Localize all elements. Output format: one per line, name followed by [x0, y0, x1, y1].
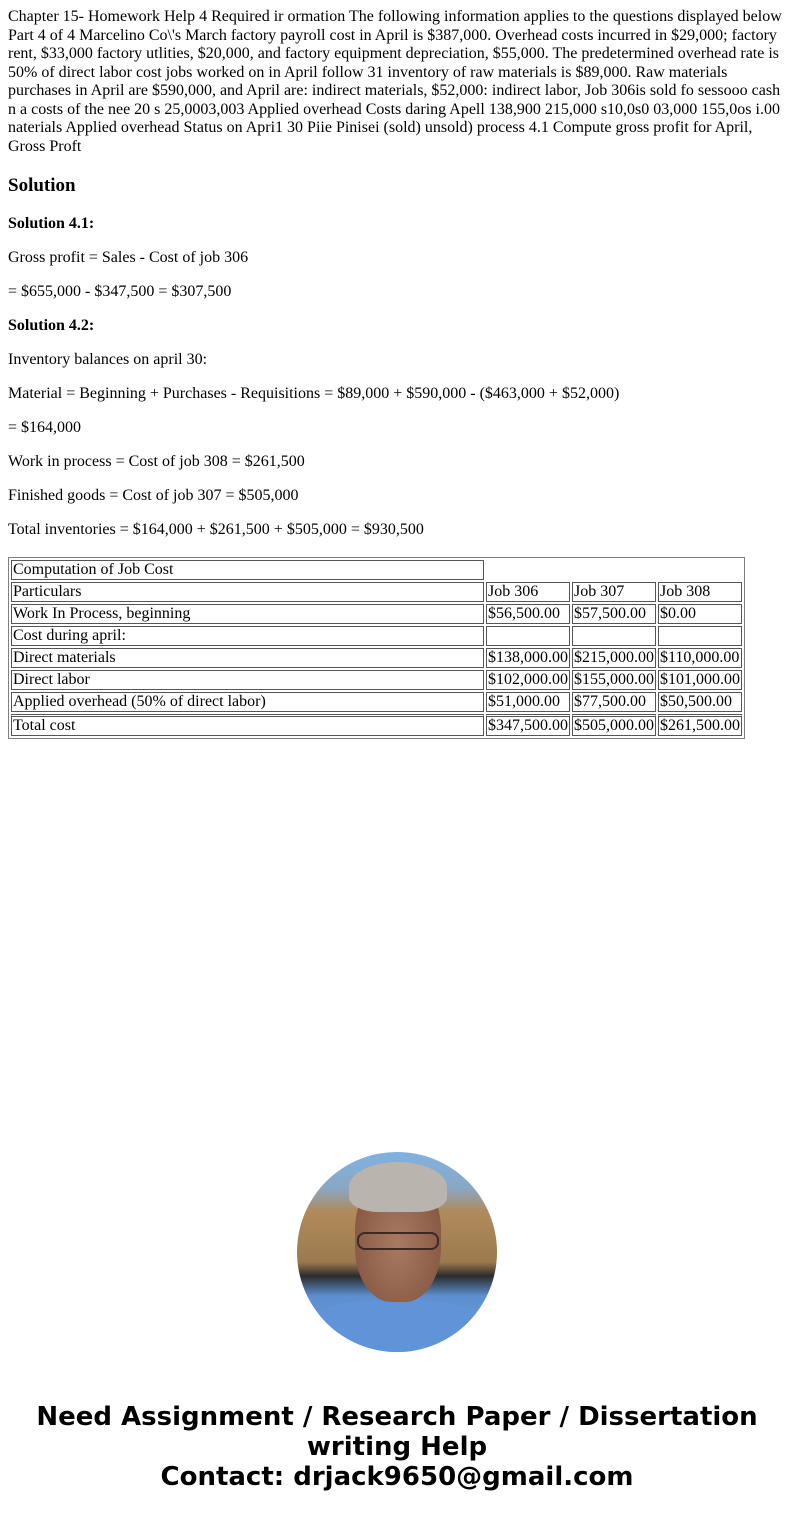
question-text: Chapter 15- Homework Help 4 Required ir …	[8, 8, 786, 156]
document-body: Chapter 15- Homework Help 4 Required ir …	[0, 0, 794, 739]
work-in-process-line: Work in process = Cost of job 308 = $261…	[8, 453, 786, 471]
header-job-308: Job 308	[658, 582, 742, 602]
gross-profit-formula: Gross profit = Sales - Cost of job 306	[8, 249, 786, 267]
cell-job-306: $102,000.00	[486, 670, 570, 690]
table-row: Direct materials $138,000.00 $215,000.00…	[11, 648, 742, 668]
table-header-row: Particulars Job 306 Job 307 Job 308	[11, 582, 742, 602]
cell-job-308: $50,500.00	[658, 692, 742, 712]
cell-job-307: $155,000.00	[572, 670, 656, 690]
finished-goods-line: Finished goods = Cost of job 307 = $505,…	[8, 487, 786, 505]
solution-4-2-title: Solution 4.2:	[8, 317, 786, 335]
table-row: Work In Process, beginning $56,500.00 $5…	[11, 604, 742, 624]
glasses-shape	[357, 1232, 439, 1250]
row-label: Cost during april:	[11, 626, 484, 646]
gross-profit-result: = $655,000 - $347,500 = $307,500	[8, 283, 786, 301]
row-label: Work In Process, beginning	[11, 604, 484, 624]
table-title: Computation of Job Cost	[11, 560, 484, 580]
promo-line-2: writing Help	[0, 1432, 794, 1462]
cell-job-306: $138,000.00	[486, 648, 570, 668]
cell-job-308: $101,000.00	[658, 670, 742, 690]
job-cost-table: Computation of Job Cost Particulars Job …	[8, 557, 745, 739]
material-formula: Material = Beginning + Purchases - Requi…	[8, 385, 786, 403]
promo-line-1: Need Assignment / Research Paper / Disse…	[0, 1402, 794, 1432]
inventory-balances-label: Inventory balances on april 30:	[8, 351, 786, 369]
cell-job-308	[658, 626, 742, 646]
row-label: Direct labor	[11, 670, 484, 690]
promo-section: Need Assignment / Research Paper / Disse…	[0, 1152, 794, 1492]
row-label: Direct materials	[11, 648, 484, 668]
row-label: Total cost	[11, 714, 484, 736]
total-job-308: $261,500.00	[658, 714, 742, 736]
promo-contact-email[interactable]: Contact: drjack9650@gmail.com	[0, 1462, 794, 1492]
total-inventories-line: Total inventories = $164,000 + $261,500 …	[8, 521, 786, 539]
header-particulars: Particulars	[11, 582, 484, 602]
table-row: Cost during april:	[11, 626, 742, 646]
cell-job-307: $215,000.00	[572, 648, 656, 668]
cell-job-308: $110,000.00	[658, 648, 742, 668]
promo-text: Need Assignment / Research Paper / Disse…	[0, 1402, 794, 1492]
solution-heading: Solution	[8, 175, 786, 197]
total-job-306: $347,500.00	[486, 714, 570, 736]
table-row: Direct labor $102,000.00 $155,000.00 $10…	[11, 670, 742, 690]
cell-job-306: $56,500.00	[486, 604, 570, 624]
cell-job-307	[572, 626, 656, 646]
cell-job-307: $77,500.00	[572, 692, 656, 712]
header-job-306: Job 306	[486, 582, 570, 602]
cell-job-306	[486, 626, 570, 646]
cell-job-306: $51,000.00	[486, 692, 570, 712]
header-job-307: Job 307	[572, 582, 656, 602]
solution-4-1-title: Solution 4.1:	[8, 215, 786, 233]
table-title-row: Computation of Job Cost	[11, 560, 742, 580]
material-result: = $164,000	[8, 419, 786, 437]
total-cost-row: Total cost $347,500.00 $505,000.00 $261,…	[11, 714, 742, 736]
row-label: Applied overhead (50% of direct labor)	[11, 692, 484, 712]
cell-job-307: $57,500.00	[572, 604, 656, 624]
cell-job-308: $0.00	[658, 604, 742, 624]
author-avatar	[297, 1152, 497, 1352]
total-job-307: $505,000.00	[572, 714, 656, 736]
table-row: Applied overhead (50% of direct labor) $…	[11, 692, 742, 712]
